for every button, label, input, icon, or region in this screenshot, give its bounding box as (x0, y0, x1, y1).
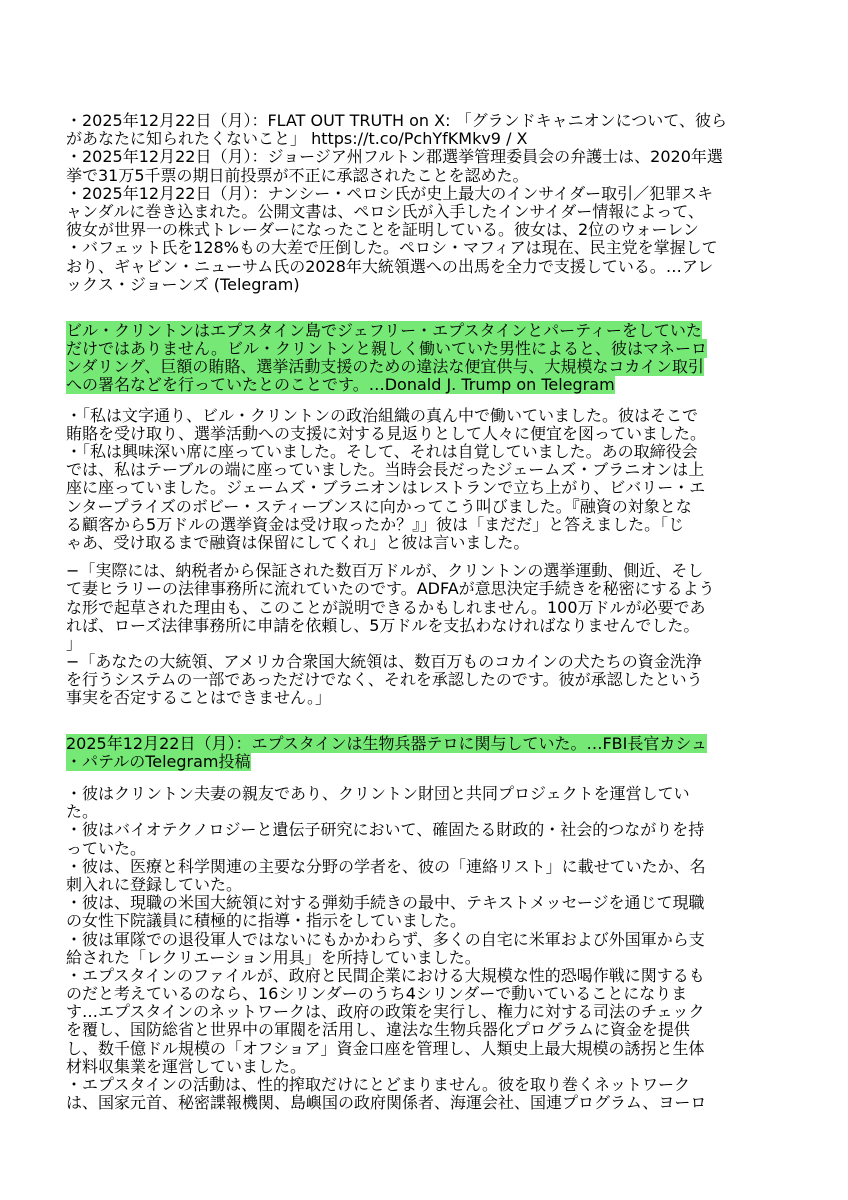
text-line: への署名などを行っていたとのことです。…Donald J. Trump on T… (66, 376, 780, 394)
text-line: て妻ヒラリーの法律事務所に流れていたのです。ADFAが意思決定手続きを秘密にする… (66, 580, 780, 598)
text-line: ゃあ、受け取るまで融資は保留にしてくれ」と彼は言いました。 (66, 534, 780, 552)
text-line: ンダリング、巨額の賄賂、選挙活動支援のための違法な便宜供与、大規模なコカイン取引 (66, 358, 780, 376)
text-line-content: ・バフェット氏を128%もの大差で圧倒した。ペロシ・マフィアは現在、民主党を掌握… (66, 238, 718, 257)
document-body: ・2025年12月22日（月）：FLAT OUT TRUTH on X: 「グラ… (66, 112, 780, 1112)
text-line-content: −「実際には、納税者から保証された数百万ドルが、クリントンの選挙運動、側近、そし (66, 561, 703, 580)
text-line: ・パテルのTelegram投稿 (66, 753, 780, 771)
text-line-content: ・「私は文字通り、ビル・クリントンの政治組織の真ん中で働いていました。彼はそこで (66, 406, 698, 425)
document-page: ・2025年12月22日（月）：FLAT OUT TRUTH on X: 「グラ… (0, 0, 848, 1200)
text-line-content: ・2025年12月22日（月）：ジョージア州フルトン郡選挙管理委員会の弁護士は、… (66, 147, 723, 166)
text-line: ックス・ジョーンズ (Telegram) (66, 276, 780, 294)
adfa-quotes: −「実際には、納税者から保証された数百万ドルが、クリントンの選挙運動、側近、そし… (66, 562, 780, 708)
text-line-content: 2025年12月22日（月）：エプスタインは生物兵器テロに関与していた。…FBI… (66, 734, 707, 753)
text-line: 刺入れに登録していた。 (66, 876, 780, 894)
text-line-content: ・2025年12月22日（月）：FLAT OUT TRUTH on X: 「グラ… (66, 111, 727, 130)
text-line-content: す…エプスタインのネットワークは、政府の政策を実行し、権力に対する司法のチェック (66, 1002, 705, 1021)
text-line: −「あなたの大統領、アメリカ合衆国大統領は、数百万ものコカインの犬たちの資金洗浄 (66, 653, 780, 671)
text-line-content: への署名などを行っていたとのことです。…Donald J. Trump on T… (66, 375, 615, 394)
trump-telegram-quote-highlighted: ビル・クリントンはエプスタイン島でジェフリー・エプスタインとパーティーをしていた… (66, 322, 780, 395)
witness-quotes: ・「私は文字通り、ビル・クリントンの政治組織の真ん中で働いていました。彼はそこで… (66, 407, 780, 553)
text-line-content: ・パテルのTelegram投稿 (66, 752, 251, 771)
text-line: −「実際には、納税者から保証された数百万ドルが、クリントンの選挙運動、側近、そし (66, 562, 780, 580)
text-line-content: −「あなたの大統領、アメリカ合衆国大統領は、数百万ものコカインの犬たちの資金洗浄 (66, 652, 702, 671)
text-line-content: っていた。 (66, 839, 146, 858)
text-line: ・彼はクリントン夫妻の親友であり、クリントン財団と共同プロジェクトを運営してい (66, 785, 780, 803)
text-line: た。 (66, 803, 780, 821)
text-line: ・2025年12月22日（月）：ナンシー・ペロシ氏が史上最大のインサイダー取引／… (66, 185, 780, 203)
text-line: れば、ローズ法律事務所に申請を依頼し、5万ドルを支払わなければなりませんでした。 (66, 617, 780, 635)
text-line-content: 給された「レクリエーション用具」を所持していました。 (66, 948, 481, 967)
text-line-content: る顧客から5万ドルの選挙資金は受け取ったか？』」彼は「まだだ」と答えました。「じ (66, 515, 684, 534)
text-line: ・バフェット氏を128%もの大差で圧倒した。ペロシ・マフィアは現在、民主党を掌握… (66, 239, 780, 257)
text-line-content: 賄賂を受け取り、選挙活動への支援に対する見返りとして人々に便宜を図っていました。 (66, 424, 706, 443)
text-line-content: のだと考えているのなら、16シリンダーのうち4シリンダーで動いていることになりま (66, 984, 687, 1003)
patel-telegram-headline-highlighted: 2025年12月22日（月）：エプスタインは生物兵器テロに関与していた。…FBI… (66, 735, 780, 771)
text-line: では、私はテーブルの端に座っていました。当時会長だったジェームズ・ブラニオンは上 (66, 461, 780, 479)
text-line-content: ンダリング、巨額の賄賂、選挙活動支援のための違法な便宜供与、大規模なコカイン取引 (66, 357, 704, 376)
text-line-content: ゃあ、受け取るまで融資は保留にしてくれ」と彼は言いました。 (66, 533, 529, 552)
text-line-content: を覆し、国防総省と世界中の軍閥を活用し、違法な生物兵器化プログラムに資金を提供 (66, 1020, 690, 1039)
text-line: ・「私は文字通り、ビル・クリントンの政治組織の真ん中で働いていました。彼はそこで (66, 407, 780, 425)
text-line: を行うシステムの一部であっただけでなく、それを承認したのです。彼が承認したという (66, 671, 780, 689)
text-line: 2025年12月22日（月）：エプスタインは生物兵器テロに関与していた。…FBI… (66, 735, 780, 753)
text-line: のだと考えているのなら、16シリンダーのうち4シリンダーで動いていることになりま (66, 985, 780, 1003)
text-line-content: ・彼はバイオテクノロジーと遺伝子研究において、確固たる財政的・社会的つながりを持 (66, 820, 704, 839)
text-line: ・彼は軍隊での退役軍人ではないにもかかわらず、多くの自宅に米軍および外国軍から支 (66, 931, 780, 949)
text-line: ・エプスタインのファイルが、政府と民間企業における大規模な性的恐喝作戦に関するも (66, 967, 780, 985)
text-line: 賄賂を受け取り、選挙活動への支援に対する見返りとして人々に便宜を図っていました。 (66, 425, 780, 443)
text-line-content: ・彼はクリントン夫妻の親友であり、クリントン財団と共同プロジェクトを運営してい (66, 784, 690, 803)
text-line: ・「私は興味深い席に座っていました。そして、それは自覚していました。あの取締役会 (66, 443, 780, 461)
text-line: し、数千億ドル規模の「オフショア」資金口座を管理し、人類史上最大規模の誘拐と生体 (66, 1040, 780, 1058)
text-line: の女性下院議員に積極的に指導・指示をしていました。 (66, 912, 780, 930)
text-line: ・彼はバイオテクノロジーと遺伝子研究において、確固たる財政的・社会的つながりを持 (66, 821, 780, 839)
text-line: す…エプスタインのネットワークは、政府の政策を実行し、権力に対する司法のチェック (66, 1003, 780, 1021)
text-line-content: 刺入れに登録していた。 (66, 875, 242, 894)
text-line-content: だけではありません。ビル・クリントンと親しく働いていた男性によると、彼はマネーロ (66, 339, 707, 358)
text-line-content: を行うシステムの一部であっただけでなく、それを承認したのです。彼が承認したという (66, 670, 703, 689)
text-line: る顧客から5万ドルの選挙資金は受け取ったか？』」彼は「まだだ」と答えました。「じ (66, 516, 780, 534)
news-items-list: ・2025年12月22日（月）：FLAT OUT TRUTH on X: 「グラ… (66, 112, 780, 294)
text-line-content: た。 (66, 802, 98, 821)
text-line-content: があなたに知られたくないこと」 https://t.co/PchYfKMkv9 … (66, 129, 528, 148)
text-line: だけではありません。ビル・クリントンと親しく働いていた男性によると、彼はマネーロ (66, 340, 780, 358)
text-line: 材料収集業を運営していました。 (66, 1058, 780, 1076)
text-line-content: ックス・ジョーンズ (Telegram) (66, 275, 300, 294)
text-line: 彼女が世界一の株式トレーダーになったことを証明している。彼女は、2位のウォーレン (66, 221, 780, 239)
text-line: ・彼は、医療と科学関連の主要な分野の学者を、彼の「連絡リスト」に載せていたか、名 (66, 858, 780, 876)
text-line-content: 彼女が世界一の株式トレーダーになったことを証明している。彼女は、2位のウォーレン (66, 220, 699, 239)
text-line-content: ・彼は軍隊での退役軍人ではないにもかかわらず、多くの自宅に米軍および外国軍から支 (66, 930, 705, 949)
text-line-content: て妻ヒラリーの法律事務所に流れていたのです。ADFAが意思決定手続きを秘密にする… (66, 579, 715, 598)
epstein-bullet-list: ・彼はクリントン夫妻の親友であり、クリントン財団と共同プロジェクトを運営していた… (66, 785, 780, 1112)
text-line: 」 (66, 635, 780, 653)
text-line-content: では、私はテーブルの端に座っていました。当時会長だったジェームズ・ブラニオンは上 (66, 460, 704, 479)
text-line: ・2025年12月22日（月）：FLAT OUT TRUTH on X: 「グラ… (66, 112, 780, 130)
text-line: おり、ギャビン・ニューサム氏の2028年大統領選への出馬を全力で支援している。…… (66, 258, 780, 276)
text-line-content: 挙で31万5千票の期日前投票が不正に承認されたことを認めた。 (66, 166, 529, 185)
text-line-content: し、数千億ドル規模の「オフショア」資金口座を管理し、人類史上最大規模の誘拐と生体 (66, 1039, 705, 1058)
text-line: ャンダルに巻き込まれた。公開文書は、ペロシ氏が入手したインサイダー情報によって、 (66, 203, 780, 221)
text-line-content: れば、ローズ法律事務所に申請を依頼し、5万ドルを支払わなければなりませんでした。 (66, 616, 699, 635)
text-line-content: ・「私は興味深い席に座っていました。そして、それは自覚していました。あの取締役会 (66, 442, 698, 461)
text-line-content: ・彼は、医療と科学関連の主要な分野の学者を、彼の「連絡リスト」に載せていたか、名 (66, 857, 706, 876)
text-line-content: 座に座っていました。ジェームズ・ブラニオンはレストランで立ち上がり、ビバリー・エ (66, 478, 705, 497)
text-line: は、国家元首、秘密諜報機関、島嶼国の政府関係者、海運会社、国連プログラム、ヨーロ (66, 1094, 780, 1112)
text-line: ンタープライズのボビー・スティーブンスに向かってこう叫びました。『融資の対象とな (66, 498, 780, 516)
text-line: ・2025年12月22日（月）：ジョージア州フルトン郡選挙管理委員会の弁護士は、… (66, 148, 780, 166)
text-line-content: ャンダルに巻き込まれた。公開文書は、ペロシ氏が入手したインサイダー情報によって、 (66, 202, 704, 221)
text-line-content: 」 (66, 634, 82, 653)
text-line-content: おり、ギャビン・ニューサム氏の2028年大統領選への出馬を全力で支援している。…… (66, 257, 713, 276)
text-line: ・エプスタインの活動は、性的搾取だけにとどまりません。彼を取り巻くネットワーク (66, 1076, 780, 1094)
text-line-content: ビル・クリントンはエプスタイン島でジェフリー・エプスタインとパーティーをしていた (66, 321, 702, 340)
text-line-content: ・エプスタインの活動は、性的搾取だけにとどまりません。彼を取り巻くネットワーク (66, 1075, 690, 1094)
text-line-content: ・彼は、現職の米国大統領に対する弾劾手続きの最中、テキストメッセージを通じて現職 (66, 893, 705, 912)
text-line-content: 材料収集業を運営していました。 (66, 1057, 306, 1076)
text-line-content: ・2025年12月22日（月）：ナンシー・ペロシ氏が史上最大のインサイダー取引／… (66, 184, 713, 203)
text-line-content: ・エプスタインのファイルが、政府と民間企業における大規模な性的恐喝作戦に関するも (66, 966, 705, 985)
text-line-content: の女性下院議員に積極的に指導・指示をしていました。 (66, 911, 466, 930)
text-line: っていた。 (66, 840, 780, 858)
text-line: 挙で31万5千票の期日前投票が不正に承認されたことを認めた。 (66, 167, 780, 185)
text-line: ・彼は、現職の米国大統領に対する弾劾手続きの最中、テキストメッセージを通じて現職 (66, 894, 780, 912)
text-line: を覆し、国防総省と世界中の軍閥を活用し、違法な生物兵器化プログラムに資金を提供 (66, 1021, 780, 1039)
text-line: 座に座っていました。ジェームズ・ブラニオンはレストランで立ち上がり、ビバリー・エ (66, 479, 780, 497)
text-line-content: 事実を否定することはできません。」 (66, 688, 331, 707)
text-line: な形で起草された理由も、このことが説明できるかもしれません。100万ドルが必要で… (66, 599, 780, 617)
text-line-content: ンタープライズのボビー・スティーブンスに向かってこう叫びました。『融資の対象とな (66, 497, 692, 516)
text-line: 給された「レクリエーション用具」を所持していました。 (66, 949, 780, 967)
text-line: ビル・クリントンはエプスタイン島でジェフリー・エプスタインとパーティーをしていた (66, 322, 780, 340)
text-line-content: な形で起草された理由も、このことが説明できるかもしれません。100万ドルが必要で… (66, 598, 706, 617)
text-line: 事実を否定することはできません。」 (66, 689, 780, 707)
text-line: があなたに知られたくないこと」 https://t.co/PchYfKMkv9 … (66, 130, 780, 148)
text-line-content: は、国家元首、秘密諜報機関、島嶼国の政府関係者、海運会社、国連プログラム、ヨーロ (66, 1093, 706, 1112)
